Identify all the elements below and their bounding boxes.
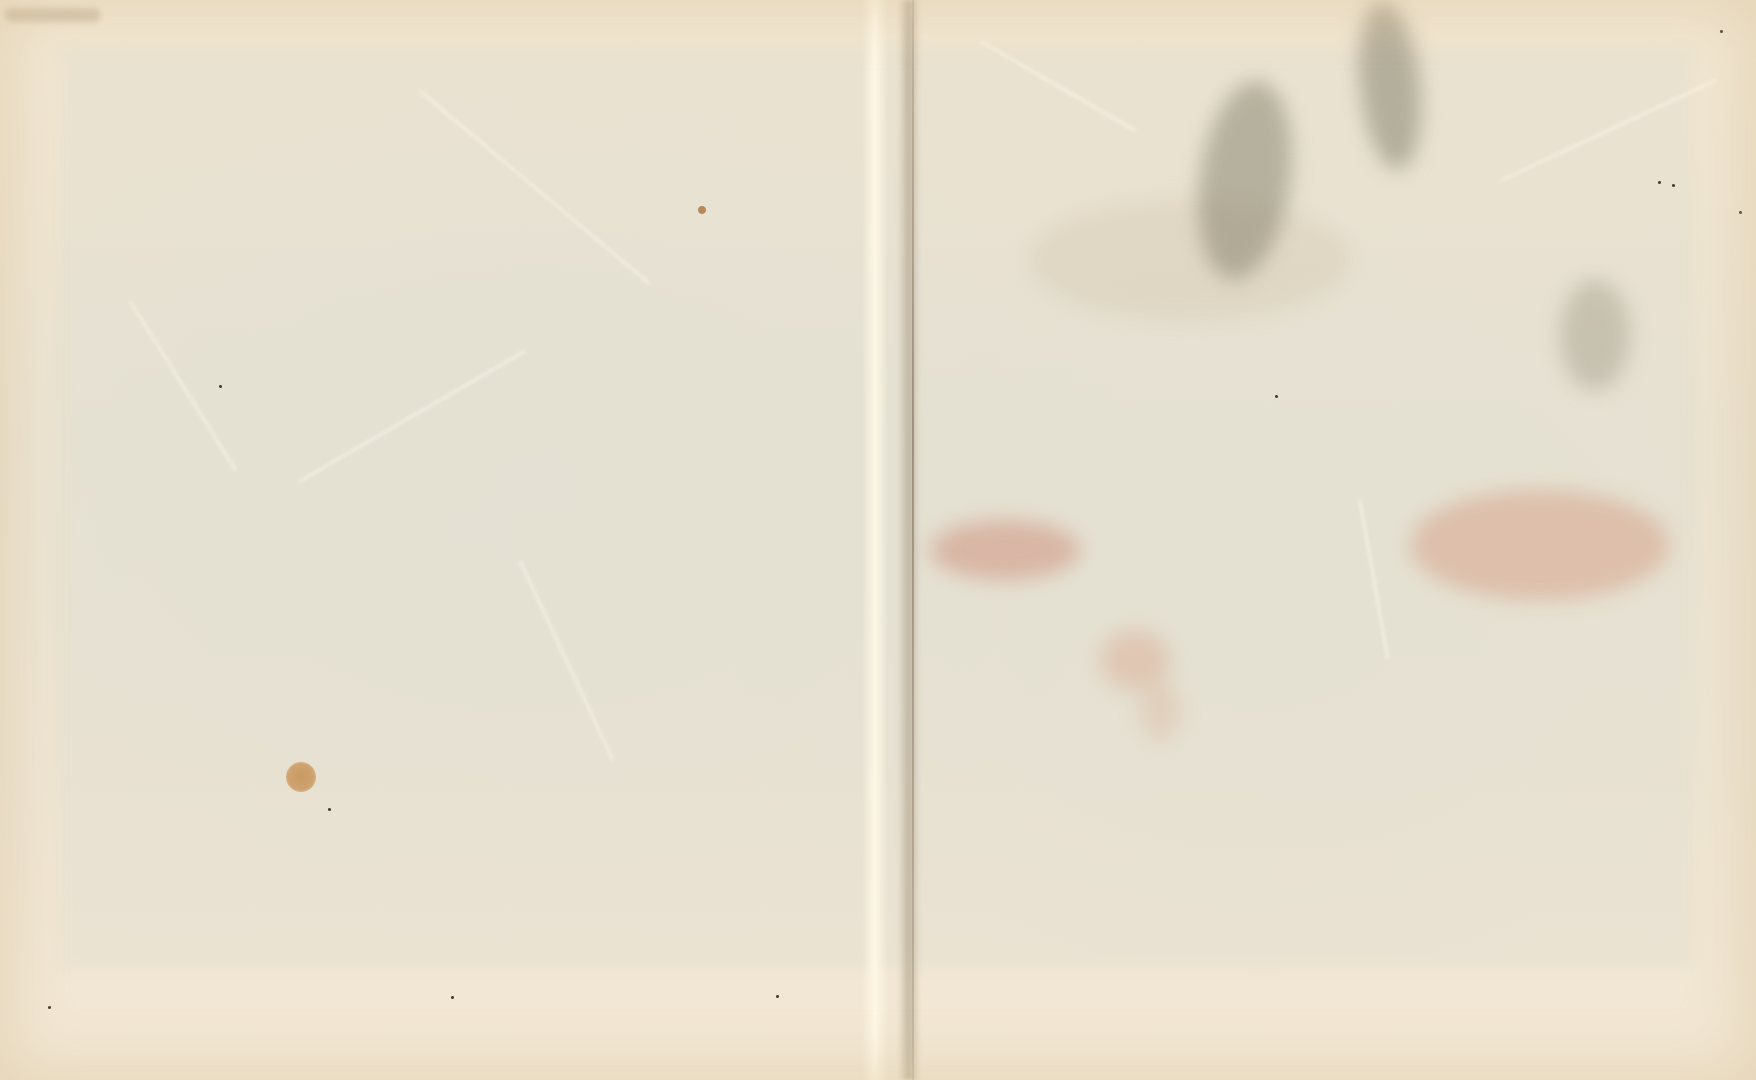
aged-paper-texture [0, 0, 1756, 1080]
edge-vignette [0, 0, 1756, 1080]
